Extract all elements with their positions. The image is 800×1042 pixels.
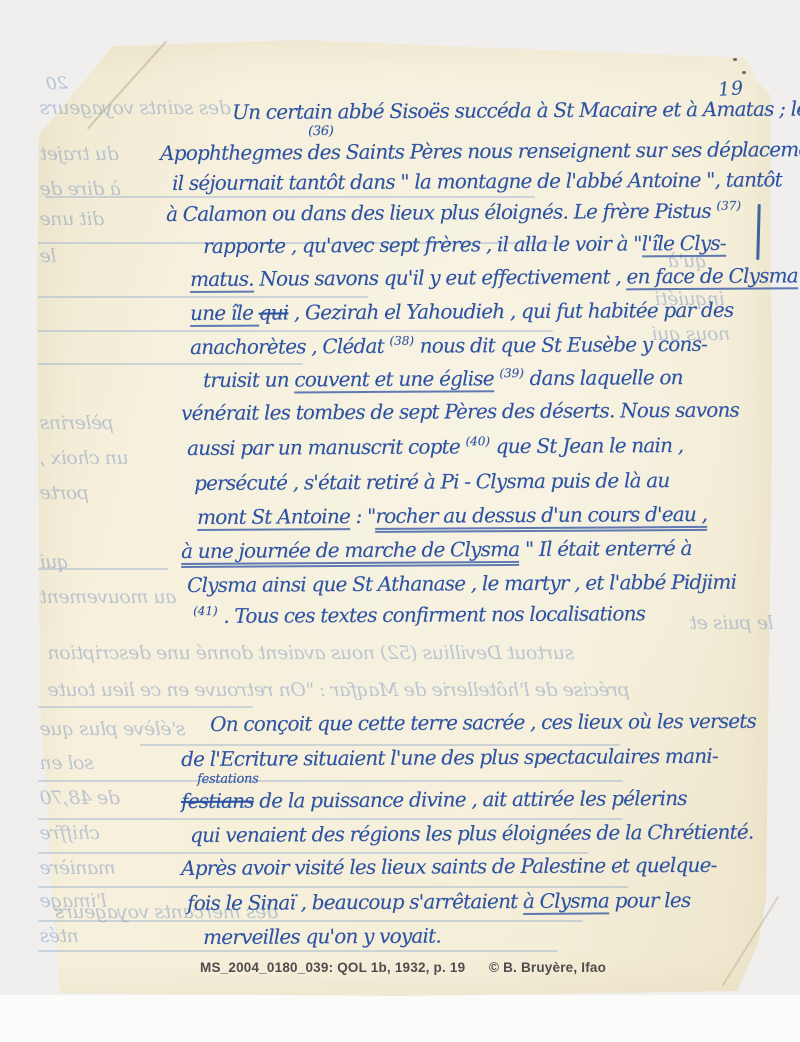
handwritten-text: festians [181, 789, 254, 813]
handwritten-text: nous dit que St Eusèbe y cons- [414, 332, 707, 358]
handwritten-text: mont St Antoine [197, 504, 350, 531]
caption-reference: MS_2004_0180_039: QOL 1b, 1932, p. 19 [200, 960, 465, 975]
inserted-correction: festations [197, 772, 258, 787]
show-through-fragment: chiffre [40, 822, 100, 844]
handwritten-text: festations [197, 772, 258, 787]
footnote-number: (39) [499, 366, 524, 380]
manuscript-line-13: mont St Antoine : "rocher au dessus d'un… [197, 502, 707, 529]
show-through-fragment: dit une [40, 208, 104, 230]
manuscript-line-22: fois le Sinaï , beaucoup s'arrêtaient à … [187, 888, 690, 915]
handwritten-text: Apophthegmes des Saints Pères nous rense… [160, 137, 800, 165]
handwritten-text: , Gezirah el Yahoudieh , qui fut habitée… [288, 298, 733, 325]
handwritten-text: Après avoir visité les lieux saints de P… [181, 853, 717, 880]
handwritten-text: dans laquelle on [524, 365, 683, 390]
show-through-fragment: au mouvement [40, 586, 176, 608]
show-through-underline-rule [38, 950, 558, 952]
manuscript-line-5: rapporte , qu'avec sept frères , il alla… [203, 231, 726, 258]
manuscript-line-12: persécuté , s'était retiré à Pi - Clysma… [194, 468, 669, 495]
manuscript-line-11: aussi par un manuscrit copte (40) que St… [187, 433, 683, 460]
handwritten-text: fois le Sinaï , beaucoup s'arrêtaient [187, 889, 523, 915]
show-through-fragment: porte [40, 482, 89, 504]
manuscript-line-4: à Calamon ou dans des lieux plus éloigné… [166, 198, 741, 226]
show-through-underline-rule [38, 330, 553, 332]
handwritten-text: qui venaient des régions les plus éloign… [190, 820, 753, 847]
page-number: 19 [717, 77, 745, 101]
scanner-background-strip [0, 995, 800, 1042]
show-through-fragment: du trajet [40, 143, 119, 165]
handwritten-text: l'île Clys- [642, 231, 726, 258]
manuscript-line-14: à une journée de marche de Clysma " Il é… [181, 536, 692, 563]
manuscript-line-7: une île qui , Gezirah el Yahoudieh , qui… [190, 298, 733, 325]
handwritten-text: à Calamon ou dans des lieux plus éloigné… [166, 199, 716, 226]
handwritten-text: On conçoit que cette terre sacrée , ces … [210, 709, 756, 736]
handwritten-text: merveilles qu'on y voyait. [203, 924, 441, 949]
verso-page-number-show-through: 20 [45, 73, 68, 94]
paper-speck [742, 71, 746, 74]
handwritten-text: qui [259, 300, 289, 324]
manuscript-line-23: merveilles qu'on y voyait. [203, 924, 441, 949]
show-through-underline-rule [38, 818, 623, 820]
handwritten-text: Clysma ainsi que St Athanase , le martyr… [187, 570, 736, 597]
handwritten-text: truisit un [203, 367, 294, 392]
manuscript-line-17: On conçoit que cette terre sacrée , ces … [210, 709, 756, 736]
show-through-line: surtout Devillius (52) nous avaient donn… [48, 642, 574, 664]
footnote-number: (40) [465, 434, 490, 448]
manuscript-line-2: Apophthegmes des Saints Pères nous rense… [160, 137, 800, 165]
manuscript-line-8: anachorètes , Clédat (38) nous dit que S… [190, 332, 707, 359]
footnote-number: (41) [193, 604, 218, 618]
manuscript-line-18: de l'Ecriture situaient l'une des plus s… [181, 744, 718, 771]
manuscript-line-15: Clysma ainsi que St Athanase , le martyr… [187, 570, 736, 597]
handwritten-text: en face de Clysma [626, 263, 797, 290]
show-through-underline-rule [38, 363, 303, 365]
manuscript-line-9: truisit un couvent et une église (39) da… [203, 365, 683, 392]
handwritten-text: . Tous ces textes confirment nos localis… [218, 601, 646, 628]
handwritten-text: à Clysma [523, 888, 609, 915]
manuscript-line-16: (41) . Tous ces textes confirment nos lo… [193, 601, 645, 628]
handwritten-text: anachorètes , Clédat [190, 334, 389, 359]
manuscript-line-3: il séjournait tantôt dans " la montagne … [172, 167, 782, 195]
manuscript-line-19: festians de la puissance divine , ait at… [181, 786, 687, 813]
show-through-fragment: des saints voyageurs [40, 97, 231, 119]
manuscript-scan: surtout Devillius (52) nous avaient donn… [0, 0, 800, 1042]
handwritten-text: de la puissance divine , ait attirée les… [254, 786, 687, 813]
manuscript-line-6: matus. Nous savons qu'il y eut effective… [190, 263, 798, 291]
show-through-fragment: de 48,70 [40, 787, 120, 809]
show-through-underline-rule [38, 780, 623, 782]
handwritten-text: rocher au dessus d'un cours d'eau , [375, 502, 707, 533]
show-through-fragment: le puis et [690, 612, 774, 634]
handwritten-text: aussi par un manuscrit copte [187, 434, 466, 460]
manuscript-line-20: qui venaient des régions les plus éloign… [190, 820, 753, 847]
show-through-fragment: ntés [40, 925, 79, 947]
handwritten-text: matus. [190, 267, 254, 293]
show-through-underline-rule [45, 196, 535, 198]
show-through-underline-rule [38, 706, 253, 708]
show-through-fragment: sol en [40, 752, 94, 774]
handwritten-text: rapporte , qu'avec sept frères , il alla… [203, 231, 642, 258]
show-through-fragment: manière [40, 857, 116, 879]
handwritten-text: persécuté , s'était retiré à Pi - Clysma… [194, 468, 669, 495]
handwritten-text: que St Jean le nain , [490, 433, 683, 458]
handwritten-text: : " [350, 504, 376, 528]
handwritten-text: " Il était enterré à [519, 536, 691, 561]
handwritten-text: une île [190, 301, 259, 327]
handwritten-text: il séjournait tantôt dans " la montagne … [172, 167, 782, 195]
show-through-fragment: s'élève plus que [40, 718, 185, 740]
show-through-underline-rule [38, 568, 168, 570]
handwritten-text: Un certain abbé Sisoës succéda à St Maca… [232, 96, 800, 124]
show-through-fragment: un choix , [40, 447, 129, 469]
show-through-line: précise de l'hôtellerie de Maqfar : "On … [48, 679, 630, 701]
handwritten-text: de l'Ecriture situaient l'une des plus s… [181, 744, 718, 771]
show-through-underline-rule [38, 886, 628, 888]
show-through-underline-rule [38, 920, 583, 922]
footnote-number-36: (36) [308, 124, 334, 139]
footnote-number: (38) [389, 334, 414, 348]
footnote-number: (37) [716, 198, 741, 212]
handwritten-text: couvent et une église [294, 366, 494, 393]
handwritten-text: vénérait les tombes de sept Pères des dé… [181, 398, 739, 425]
paper-speck [733, 58, 737, 61]
handwritten-text: pour les [609, 888, 690, 912]
show-through-fragment: pèlerins [40, 412, 114, 434]
handwritten-text: Nous savons qu'il y eut effectivement , [254, 264, 627, 290]
manuscript-line-1: Un certain abbé Sisoës succéda à St Maca… [232, 96, 800, 124]
caption-credit: © B. Bruyère, Ifao [489, 960, 606, 975]
handwritten-text: (36) [308, 124, 334, 139]
show-through-underline-rule [38, 296, 368, 298]
manuscript-line-21: Après avoir visité les lieux saints de P… [181, 853, 717, 880]
manuscript-line-10: vénérait les tombes de sept Pères des dé… [181, 398, 739, 425]
show-through-fragment: le [40, 245, 56, 267]
handwritten-text: à une journée de marche de Clysma [181, 537, 519, 568]
